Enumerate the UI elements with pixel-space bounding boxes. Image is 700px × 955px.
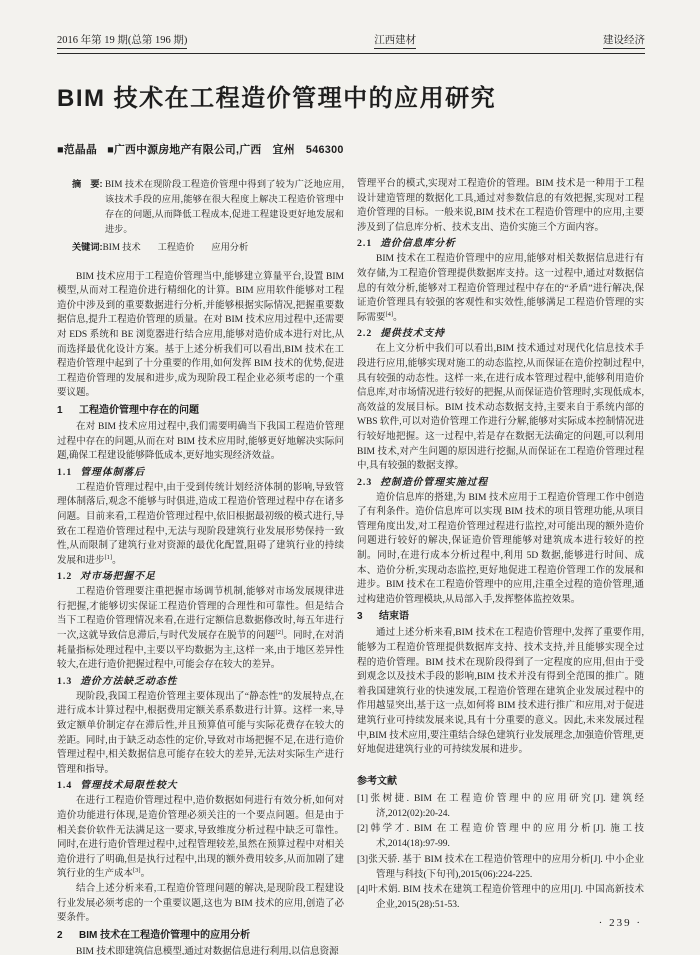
section-number: 3: [357, 609, 370, 624]
keywords: 关键词:BIM 技术工程造价应用分析: [72, 240, 344, 255]
subsection-number: 1.2: [57, 569, 72, 584]
paragraph: 在进行工程造价管理过程中,造价数据如何进行有效分析,如何对造价功能进行体现,是造…: [57, 794, 344, 882]
subsection-heading: 2.2提供技术支持: [357, 326, 644, 341]
abstract-text: BIM 技术在现阶段工程造价管理中得到了较为广泛地应用,该技术手段的应用,能够在…: [105, 179, 344, 234]
page-number: · 239 ·: [599, 917, 642, 929]
affiliation: 广西中源房地产有限公司,广西 宜州 546300: [114, 144, 344, 156]
journal-header: 2016 年第 19 期(总第 196 期) 江西建材 建设经济: [57, 34, 645, 54]
reference-item: [2]韩学才. BIM 在工程造价管理中的应用分析[J]. 施工技术,2014(…: [357, 822, 644, 852]
author-marker: ■: [57, 144, 64, 156]
paragraph: 在上文分析中我们可以看出,BIM 技术通过对现代化信息技术手段进行应用,能够实现…: [357, 342, 644, 473]
citation-superscript: [4]: [386, 311, 394, 318]
subsection-number: 1.3: [57, 674, 72, 689]
subsection-heading: 2.1造价信息库分析: [357, 236, 644, 251]
paragraph: 结合上述分析来看,工程造价管理问题的解决,是现阶段工程建设行业发展必须考虑的一个…: [57, 882, 344, 926]
keyword-item: 工程造价: [158, 242, 195, 252]
subsection-heading: 1.3造价方法缺乏动态性: [57, 674, 344, 689]
header-section: 建设经济: [603, 34, 645, 49]
abstract: 摘 要:BIM 技术在现阶段工程造价管理中得到了较为广泛地应用,该技术手段的应用…: [72, 177, 344, 237]
affiliation-marker: ■: [107, 144, 114, 156]
header-journal-name: 江西建材: [374, 34, 416, 49]
subsection-heading: 2.3控制造价管理实施过程: [357, 475, 644, 490]
paragraph: 工程造价管理要注重把握市场调节机制,能够对市场发展规律进行把握,才能够切实保证工…: [57, 585, 344, 673]
keyword-item: BIM 技术: [103, 242, 141, 252]
subsection-heading: 1.1管理体制落后: [57, 465, 344, 480]
paragraph: 管理平台的模式,实现对工程造价的管理。BIM 技术是一种用于工程设计建造管理的数…: [357, 177, 644, 235]
author-name: 范晶晶: [64, 144, 97, 156]
citation-superscript: [1]: [105, 554, 113, 561]
paragraph: BIM 技术即建筑信息模型,通过对数据信息进行利用,以信息资源: [57, 945, 344, 955]
subsection-heading: 1.2对市场把握不足: [57, 569, 344, 584]
citation-superscript: [3]: [133, 867, 141, 874]
keywords-label: 关键词:: [72, 242, 103, 252]
right-column: 管理平台的模式,实现对工程造价的管理。BIM 技术是一种用于工程设计建造管理的数…: [357, 177, 644, 955]
section-number: 2: [57, 928, 70, 943]
article-title: BIM 技术在工程造价管理中的应用研究: [57, 78, 645, 113]
citation-superscript: [2]: [276, 629, 284, 636]
reference-item: [4]叶术娟. BIM 技术在建筑工程造价管理中的应用[J]. 中国高新技术企业…: [357, 883, 644, 913]
subsection-heading: 1.4管理技术局限性较大: [57, 778, 344, 793]
paragraph: 现阶段,我国工程造价管理主要体现出了“静态性”的发展特点,在进行成本计算过程中,…: [57, 690, 344, 778]
left-column: 摘 要:BIM 技术在现阶段工程造价管理中得到了较为广泛地应用,该技术手段的应用…: [57, 177, 344, 955]
section-heading: 2BIM 技术在工程造价管理中的应用分析: [57, 928, 344, 943]
paragraph: 工程造价管理过程中,由于受到传统计划经济体制的影响,导致管理体制落后,观念不能够…: [57, 481, 344, 569]
section-heading: 3结束语: [357, 609, 644, 624]
paragraph: BIM 技术应用于工程造价管理当中,能够建立算量平台,设置 BIM 模型,从而对…: [57, 270, 344, 401]
paragraph: 造价信息库的搭建,为 BIM 技术应用于工程造价管理工作中创造了有利条件。造价信…: [357, 491, 644, 608]
subsection-number: 1.4: [57, 778, 72, 793]
subsection-number: 2.1: [357, 236, 372, 251]
reference-item: [3]张天骄. 基于 BIM 技术在工程造价管理中的应用分析[J]. 中小企业管…: [357, 853, 644, 883]
article-body: 摘 要:BIM 技术在现阶段工程造价管理中得到了较为广泛地应用,该技术手段的应用…: [57, 177, 645, 955]
subsection-number: 1.1: [57, 465, 72, 480]
byline: ■范晶晶■广西中源房地产有限公司,广西 宜州 546300: [57, 142, 645, 157]
reference-item: [1]张树捷. BIM 在工程造价管理中的应用研究[J]. 建筑经济,2012(…: [357, 792, 644, 822]
abstract-label: 摘 要:: [72, 177, 103, 192]
subsection-number: 2.3: [357, 475, 372, 490]
references-heading: 参考文献: [357, 774, 644, 789]
paragraph: BIM 技术在工程造价管理中的应用,能够对相关数据信息进行有效存储,为工程造价管…: [357, 252, 644, 325]
page: 2016 年第 19 期(总第 196 期) 江西建材 建设经济 BIM 技术在…: [0, 0, 700, 955]
keyword-item: 应用分析: [211, 242, 248, 252]
section-number: 1: [57, 403, 70, 418]
paragraph: 在对 BIM 技术应用过程中,我们需要明确当下我国工程造价管理过程中存在的问题,…: [57, 420, 344, 464]
paragraph: 通过上述分析来看,BIM 技术在工程造价管理中,发挥了重要作用,能够为工程造价管…: [357, 626, 644, 757]
subsection-number: 2.2: [357, 326, 372, 341]
section-heading: 1工程造价管理中存在的问题: [57, 403, 344, 418]
header-issue: 2016 年第 19 期(总第 196 期): [57, 34, 187, 49]
